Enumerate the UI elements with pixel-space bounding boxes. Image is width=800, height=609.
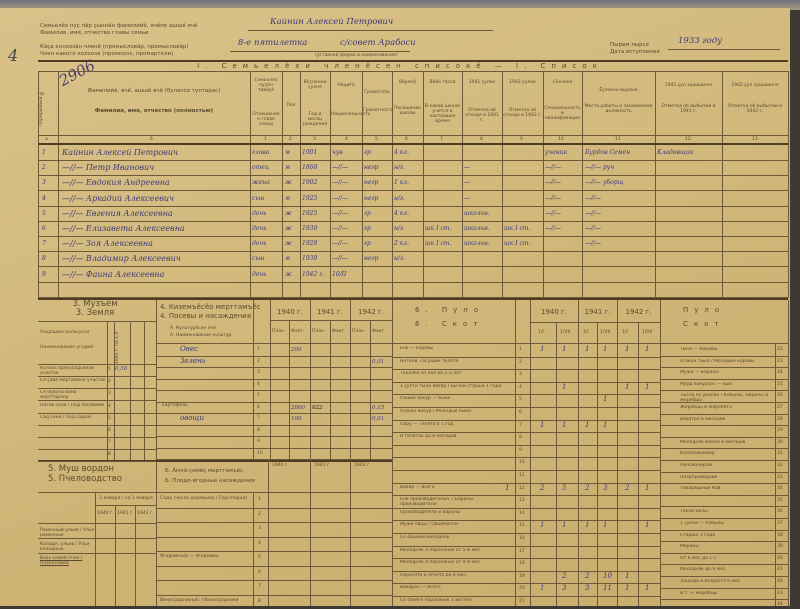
member-field: жена: [252, 180, 270, 186]
col-num: 13: [752, 137, 758, 142]
member-name: —//— Евгения Алексеевна: [62, 211, 173, 217]
row-number: 6: [257, 405, 260, 410]
crop-fact-1942: 0,15: [372, 405, 384, 411]
plan-label: План: [352, 329, 364, 334]
livestock-right-label: [680, 602, 772, 606]
livestock-label: Молодняк 4 поросёнок от 5-8 мес.: [400, 548, 510, 559]
member-field: 1925: [302, 196, 317, 202]
member-field: гр: [364, 241, 371, 247]
livestock-label: [400, 459, 510, 470]
member-field: школьн.: [464, 211, 490, 217]
livestock-count: 1: [540, 584, 544, 592]
row-number: 36: [777, 509, 783, 514]
member-field: 1939: [302, 256, 317, 262]
row-line: [156, 580, 392, 581]
col-9-header-chv: 1942 ҫулхи: [503, 80, 542, 85]
livestock-count: 1: [625, 584, 629, 592]
livestock-label: Молодняк 4 поросёнок от 4-8 мес.: [400, 560, 510, 571]
row-number: 9: [257, 439, 260, 444]
row-number: 8: [257, 428, 260, 433]
member-name: —//— Зоя Алексеевна: [62, 241, 153, 247]
member-field: —//—: [545, 196, 561, 202]
member-field: ученик: [545, 150, 567, 156]
livestock-count: 2: [585, 572, 589, 580]
col-13-header-ru: Отметка об выбытии в 1942 г.: [723, 104, 787, 114]
row-number: 41: [777, 567, 783, 572]
member-field: —//—: [585, 196, 601, 202]
member-field: —//—: [332, 211, 348, 217]
member-field: 2 кл.: [394, 241, 409, 247]
member-field: —//—: [585, 226, 601, 232]
row-line: [38, 297, 788, 298]
livestock-count: 1: [540, 345, 544, 353]
row-number: 43: [777, 591, 783, 596]
section6-title-chv: 6. Пуло: [415, 306, 484, 314]
row-number: 14: [519, 511, 525, 516]
col-num: 7: [440, 137, 443, 142]
member-field: ж: [285, 241, 292, 247]
row-number: 12: [519, 486, 525, 491]
col-4-header-chv: Нациѓӗ: [331, 83, 361, 88]
head-value: Кайнин Алексей Петрович: [270, 18, 393, 27]
member-field: —//—: [545, 180, 561, 186]
subcol-label: 1/I: [538, 330, 544, 335]
bee-row-label: Колодн. ульев / Улья колодные: [40, 542, 95, 552]
livestock-count: 1: [562, 345, 566, 353]
row-number: 22: [777, 347, 783, 352]
livestock-label: Пӑру — Телята в 1 год: [400, 422, 510, 433]
livestock-label: Производители и бараны: [400, 510, 510, 521]
section1-title: I. Семьелӗхи членӗсен списокӗ — I. Списо…: [150, 62, 650, 70]
member-field: Бурдов Семен: [585, 150, 630, 156]
livestock-right-label: Жеребцы и жеребята: [680, 405, 772, 414]
orchard-label: Садъ (число деревьев) / Сад (пород): [160, 496, 252, 501]
col-1-header-ru: Отношение к главе семьи: [251, 112, 281, 127]
livestock-count: 1: [585, 421, 589, 429]
member-name: —//— Елизавета Алексеевна: [62, 226, 185, 232]
member-field: м: [285, 165, 290, 171]
livestock-label: [400, 447, 510, 458]
livestock-count: 11: [603, 584, 612, 592]
land-row-label: Колхоз пресусадьбной участок: [40, 366, 106, 376]
col-num: 11: [615, 137, 621, 142]
col-7-header-chv: Вӑйӗ тӑсса: [424, 80, 461, 85]
row-number: 1: [257, 347, 260, 352]
land-row-label: Ся обосна вана мерттарнер: [40, 390, 106, 400]
member-field: 1902: [302, 180, 317, 186]
row-line: [156, 537, 392, 538]
livestock-right-label: 1 ҫулхи — Кобылы: [680, 521, 772, 530]
row-line: [38, 266, 788, 267]
col-12-header-chv: 1941 ҫул хушшинче: [656, 83, 721, 88]
row-number: 39: [777, 544, 783, 549]
col-num: 2: [289, 137, 292, 142]
member-field: —//—: [585, 241, 601, 247]
livestock-count: 2: [625, 484, 629, 492]
land-row-label: [40, 439, 106, 449]
col-9-header-ru: Отметка об отходе в 1942 г.: [503, 108, 542, 118]
member-field: глава: [252, 150, 270, 156]
row-number: 30: [777, 440, 783, 445]
row-number: 7: [257, 416, 260, 421]
livestock-count: 1: [603, 395, 607, 403]
row-number: 5: [108, 416, 111, 421]
row-line: [38, 388, 156, 389]
kolkhoz-note: (уставной форма и наименование): [315, 53, 398, 58]
livestock-count: 1: [645, 521, 649, 529]
col-8-header-ru: Отметка об отходе в 1941 г.: [463, 108, 501, 123]
row-line: [38, 376, 156, 377]
livestock-label: [400, 472, 510, 483]
kolkhoz-label-ru: Член какого колхоза (промколх, промартел…: [40, 51, 173, 57]
col-num: 8: [480, 137, 483, 142]
member-field: негр: [364, 256, 378, 262]
row-number: 35: [777, 498, 783, 503]
col-num: 12: [685, 137, 691, 142]
row-number: 37: [777, 521, 783, 526]
col-num: а: [45, 137, 48, 142]
member-field: —//— руч: [585, 165, 614, 171]
crop-fact-1942: 0,01: [372, 359, 384, 365]
row-number: 7: [519, 423, 522, 428]
col-3-header-chv: Вӗҫленни ҫулне: [301, 80, 329, 90]
row-number: 1: [108, 367, 111, 372]
land-row-label: [40, 451, 106, 461]
row-line: [38, 221, 788, 222]
section4-sub-a-chv: А. Культурӗсен ячӗ: [170, 326, 216, 331]
member-name: —//— Владимир Алексеевич: [62, 256, 181, 262]
member-field: 1930: [302, 226, 317, 232]
col-7-header-ru: В какой школе учится в настоящее время: [424, 104, 461, 124]
col-4-header-ru: Национальность: [331, 112, 361, 117]
member-field: 7: [42, 241, 46, 247]
row-number: 2: [258, 512, 261, 517]
livestock-count: 1: [645, 345, 649, 353]
land-row-label: Ся ҫавӑ мӗртаманӗ участок: [40, 378, 106, 388]
member-field: шк I ст.: [504, 241, 530, 247]
member-field: гр: [364, 226, 371, 232]
row-number: 5: [258, 555, 261, 560]
col-13-header-chv: 1942 ҫул хушшинче: [723, 83, 787, 88]
livestock-label: Со овцами молодняк: [400, 535, 510, 546]
col-8-header-chv: 1941 ҫулхи: [463, 80, 501, 85]
section6-title-ru: 6. Скот: [415, 320, 483, 328]
row-line: [38, 175, 788, 176]
section5-title-chv: 5. Муш вордон: [48, 465, 114, 474]
entry-value: 1933 году: [678, 37, 722, 46]
row-line: [38, 413, 156, 414]
member-field: ж: [285, 272, 292, 278]
plan-label: План: [272, 329, 284, 334]
livestock-right-label: В т. ч. жеребцы: [680, 591, 772, 600]
row-line: [156, 459, 392, 460]
member-field: —//—: [332, 256, 348, 262]
livestock-count: 2: [585, 484, 589, 492]
livestock-label: Пашие вакур — быки: [400, 396, 510, 407]
year-label: 1942 г.: [354, 463, 371, 468]
member-field: —//— уборщ: [585, 180, 624, 186]
subcol-label: 1/VII: [642, 330, 652, 335]
member-field: 8: [42, 256, 46, 262]
year-label: 1941 г.: [578, 308, 617, 316]
row-number: 7: [258, 584, 261, 589]
member-field: н/г.: [394, 256, 405, 262]
row-number: 10: [519, 460, 525, 465]
member-field: м: [285, 150, 290, 156]
row-number: 19: [519, 574, 525, 579]
row-line: [156, 595, 392, 596]
fact-label: Факт.: [372, 329, 385, 334]
livestock-count: 1: [625, 345, 629, 353]
col-5-header-chv: Грамотлӑх: [363, 90, 391, 95]
member-field: —//—: [332, 241, 348, 247]
row-number: 16: [519, 536, 525, 541]
livestock-label: В телятах до 6 месяцев: [400, 434, 510, 445]
livestock-count: 5: [562, 484, 566, 492]
member-field: м: [285, 196, 290, 202]
subcol-label: 1/I: [622, 330, 628, 335]
member-field: негр: [364, 165, 378, 171]
subcol-label: 1/I: [583, 330, 589, 335]
row-line: [38, 364, 156, 365]
livestock-right-label: Ӳсакан тына / Молодые коровы: [680, 359, 772, 368]
land-row-label: [40, 427, 106, 437]
livestock-right-label: Мурд вакурсӗс — Бык: [680, 382, 772, 391]
member-field: —: [464, 180, 470, 186]
member-field: сын: [252, 256, 264, 262]
member-field: н/г.: [394, 226, 405, 232]
member-field: —//—: [332, 196, 348, 202]
livestock-count: 1: [562, 421, 566, 429]
row-line: [156, 566, 392, 567]
livestock-count: 1: [540, 421, 544, 429]
row-line: [156, 508, 392, 509]
livestock-label: Нетели, сосущие телята: [400, 359, 510, 370]
member-field: —//—: [545, 226, 561, 232]
land-row-label: Посев сено / Под посевами: [40, 403, 106, 413]
subcol-label: 1/VII: [560, 330, 570, 335]
col-10-header-chv: Сӗнчӗкӗ: [544, 80, 581, 85]
row-number: 2: [108, 379, 111, 384]
row-number: 2: [519, 360, 522, 365]
member-field: 1 кл.: [394, 180, 409, 186]
year-label: 1942 г.: [137, 511, 154, 516]
member-field: 5: [42, 211, 46, 217]
row-number: 5: [257, 393, 260, 398]
row-number: 27: [777, 405, 783, 410]
document-page: Семьелӗх пуҫ лӑр ҫыннӑн фамилийӗ, ячӗпе …: [0, 8, 790, 606]
member-field: н/г.: [394, 196, 405, 202]
row-number: 44: [777, 602, 783, 606]
col-10-header-ru: Специальность и квалификация: [544, 106, 581, 121]
crop-fact-1940: 2000: [291, 405, 305, 411]
col-num: 5: [375, 137, 378, 142]
livestock-total-mark: 1: [505, 484, 509, 492]
plan-label: План: [312, 329, 324, 334]
member-field: м: [285, 256, 290, 262]
row-number: 1: [519, 347, 522, 352]
member-field: 1868: [302, 165, 317, 171]
row-number: 6: [519, 410, 522, 415]
row-number: 9: [519, 448, 522, 453]
section3-title-ru: 3. Земля: [40, 309, 150, 318]
member-field: дочь: [252, 211, 266, 217]
row-line: [38, 400, 156, 401]
member-name: —//— Фаина Алексеевна: [62, 272, 164, 278]
col-a-header: Порядковый №: [39, 83, 57, 133]
member-field: 1: [42, 150, 46, 156]
kolkhoz-label-chv: Кӑҫа колхозӑн членӗ (промысловӑр, промыс…: [40, 44, 188, 50]
row-number: 13: [519, 498, 525, 503]
soviet-value: с/совет Арабоси: [340, 39, 416, 48]
member-field: школьн.: [464, 241, 490, 247]
section4-title-chv: 4. Киземъӗсӗо мерттамъӗс: [160, 303, 261, 311]
member-field: —//—: [332, 226, 348, 232]
col-11-header-chv: Ӗҫлекен вырӑнӗ: [583, 88, 654, 93]
orchard-label: Виноградникъӗс / Виноградники: [160, 598, 252, 603]
section3-col-label-ru: Наименование угодий: [40, 345, 110, 350]
row-number: 42: [777, 579, 783, 584]
row-number: 15: [519, 523, 525, 528]
row-line: [156, 522, 392, 523]
livestock-right-label: [680, 498, 772, 507]
row-number: 6: [258, 570, 261, 575]
row-line: [38, 425, 156, 426]
row-line: [38, 251, 788, 252]
livestock-right-label: Товарищный Ков: [680, 486, 772, 495]
livestock-count: 3: [562, 584, 566, 592]
row-number: 34: [777, 486, 783, 491]
member-field: 10/II: [332, 272, 346, 278]
col-2-header: Пол: [283, 103, 299, 108]
member-field: ж: [285, 180, 292, 186]
row-line: [38, 282, 788, 283]
entry-label-ru: Дата вступления: [610, 49, 660, 55]
section4-title-ru: 4. Посевы и насаждения: [160, 312, 251, 320]
livestock-count: 1: [645, 484, 649, 492]
livestock-count: 1: [625, 383, 629, 391]
member-field: Кладовщик: [657, 150, 693, 156]
member-field: 4 кл.: [394, 211, 409, 217]
livestock-label: Поросята и ягнята до 4 мес.: [400, 573, 510, 584]
section4-sub-a-ru: А. Наименование культур: [170, 333, 231, 338]
year-label: 1941 г.: [314, 463, 331, 468]
member-field: дочь: [252, 226, 266, 232]
year-label: 1940 г.: [530, 308, 578, 316]
year-label: 1940 г.: [272, 463, 289, 468]
livestock-count: 1: [645, 383, 649, 391]
member-field: отец: [252, 165, 269, 171]
member-field: гр: [364, 150, 371, 156]
livestock-label: Ӗне производительн. / Бараны производите…: [400, 497, 510, 508]
livestock-count: 1: [585, 345, 589, 353]
entry-label-chv: Пырем лырсе: [610, 42, 649, 48]
row-number: 5: [519, 397, 522, 402]
year-label: 1940 г.: [97, 511, 114, 516]
livestock-count: 3: [603, 484, 607, 492]
member-name: —//— Петр Иванович: [62, 165, 154, 171]
row-number: 38: [777, 533, 783, 538]
livestock-label: Вакаран — Всего: [400, 585, 510, 596]
bee-row-label: Всех семей пчел / Пчелосемей: [40, 556, 95, 566]
row-line: [156, 390, 392, 391]
row-number: 4: [108, 404, 111, 409]
row-number: 3: [519, 372, 522, 377]
livestock-label: Вӑкӑр — всего: [400, 485, 510, 496]
member-field: сын: [252, 196, 264, 202]
row-number: 8: [258, 599, 261, 604]
row-line: [156, 367, 392, 368]
livestock-right-label: Вӑхӑтра 6 месяцев: [680, 417, 772, 426]
member-field: ж: [285, 226, 292, 232]
subcol-label: 1/VII: [600, 330, 610, 335]
livestock-right-label: Мужи — Бараны: [680, 370, 772, 379]
crop-name: Овес: [180, 345, 198, 353]
row-number: 28: [777, 417, 783, 422]
row-number: 32: [777, 463, 783, 468]
row-line: [38, 236, 788, 237]
livestock-count: 1: [585, 521, 589, 529]
col-b-header-chv: Фамилийӗ, ячӗ, ашшӗ ячӗ (буласси тултара…: [60, 88, 248, 94]
row-number: 4: [519, 385, 522, 390]
member-field: —//—: [545, 165, 561, 171]
col-5-header-ru: Грамотность: [363, 108, 391, 113]
row-number: 31: [777, 451, 783, 456]
member-field: 1942 г.: [302, 272, 324, 278]
year-label: 1942 г.: [617, 308, 660, 316]
row-number: 4: [258, 541, 261, 546]
livestock-label: Тӗналкк из ӗне ок 1-2 лет: [400, 371, 510, 382]
row-line: [38, 160, 788, 161]
section3-col-label-chv: Ухадашен валасусси: [40, 330, 110, 335]
head-label-chv: Семьелӗх пуҫ лӑр ҫыннӑн фамилийӗ, ячӗпе …: [40, 23, 197, 29]
member-field: 4: [42, 196, 46, 202]
livestock-count: 1: [603, 521, 607, 529]
member-field: 3: [42, 180, 46, 186]
row-number: 23: [777, 359, 783, 364]
member-field: гр: [364, 211, 371, 217]
member-field: 1925: [302, 211, 317, 217]
livestock-count: 3: [585, 584, 589, 592]
member-field: дочь: [252, 241, 266, 247]
member-field: 6: [42, 226, 46, 232]
row-number: 21: [519, 599, 525, 604]
livestock-count: 2: [562, 572, 566, 580]
member-name: —//— Евдокия Андреевна: [62, 180, 170, 186]
row-number: 33: [777, 475, 783, 480]
livestock-count: 1: [562, 383, 566, 391]
livestock-right-label: Мерины: [680, 544, 772, 553]
member-field: школьн.: [464, 226, 490, 232]
crop-name: картофель: [162, 403, 188, 408]
member-field: —//—: [585, 211, 601, 217]
member-name: Кайнин Алексей Петрович: [62, 150, 178, 156]
col-12-header-ru: Отметка об выбытии в 1941 г.: [656, 104, 721, 114]
row-number: 2: [257, 359, 260, 364]
livestock-count: 1: [625, 572, 629, 580]
row-number: 18: [519, 561, 525, 566]
crop-plan-1941: 022: [312, 405, 323, 411]
member-field: 2: [42, 165, 46, 171]
row-line: [156, 551, 392, 552]
livestock-count: 1: [540, 521, 544, 529]
row-line: [156, 425, 392, 426]
row-number: 6: [108, 428, 111, 433]
bee-row-label: Рамочный ульев / Улья рамочные: [40, 528, 95, 538]
row-number: 1: [258, 497, 261, 502]
fact-label: Факт.: [291, 329, 304, 334]
member-field: дочь: [252, 272, 266, 278]
